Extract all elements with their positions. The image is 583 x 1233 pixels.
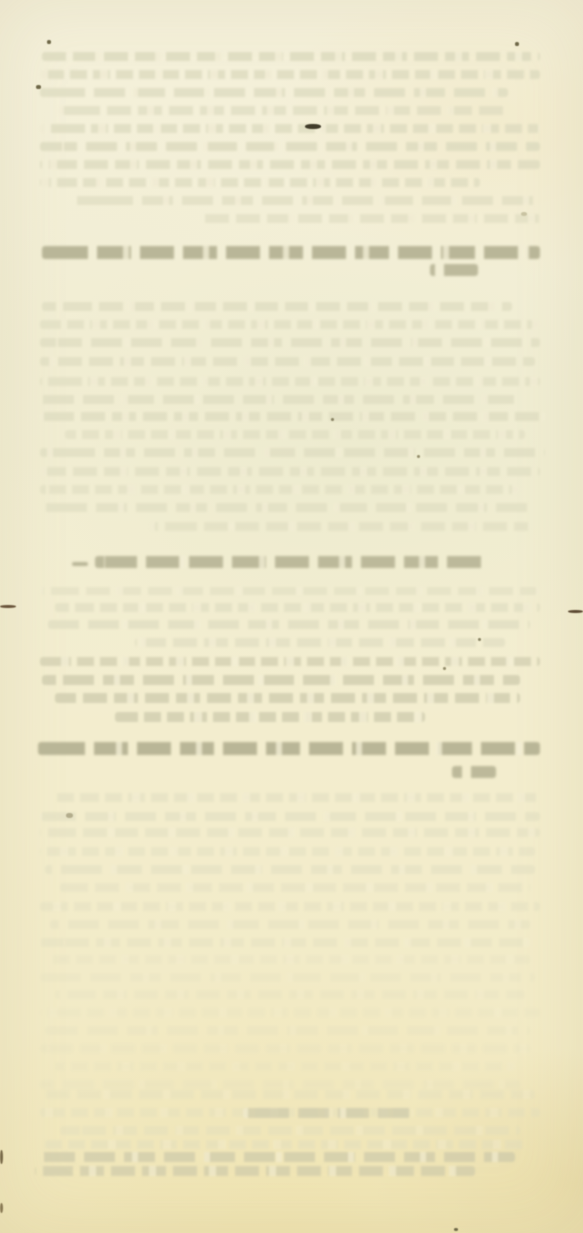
faint-smudge (521, 212, 527, 216)
speck (36, 85, 41, 89)
speck (478, 638, 481, 641)
speck (331, 418, 334, 421)
speck (417, 455, 420, 458)
smudge (66, 813, 73, 818)
edge-sliver (0, 1203, 3, 1213)
speck (454, 1228, 458, 1231)
speck (47, 40, 51, 44)
edge-sliver (0, 1150, 3, 1164)
speck (515, 42, 519, 46)
scanned-page (0, 0, 583, 1233)
margin-dash-left (0, 605, 16, 608)
margin-dash-right (568, 610, 583, 613)
ink-specks-layer (0, 0, 583, 1233)
speck (443, 667, 446, 670)
ink-dash (305, 124, 321, 129)
